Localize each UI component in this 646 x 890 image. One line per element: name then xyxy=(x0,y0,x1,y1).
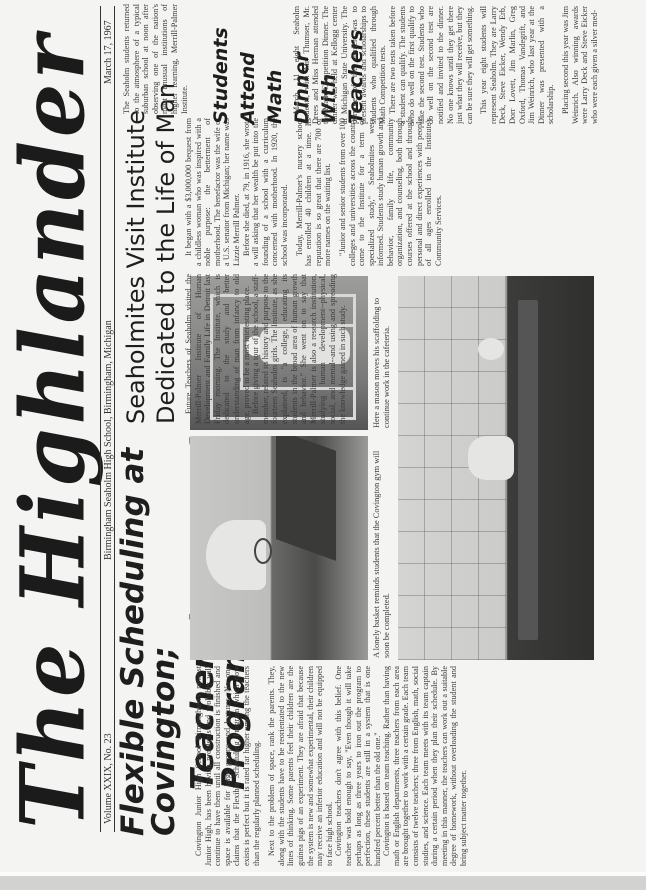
seaholm-article-column-1: Future Teachers of Seaholm visited the M… xyxy=(184,274,394,424)
article-paragraph: Future Teachers of Seaholm visited the M… xyxy=(184,274,251,424)
page-edge-shadow xyxy=(0,876,646,890)
headline-line-1: Students Attend xyxy=(208,4,262,124)
cafeteria-photo xyxy=(398,276,594,660)
article-paragraph: Today, Merrill-Palmer's nursery school h… xyxy=(295,118,333,266)
volume-issue: Volume XXIX, No. 23 xyxy=(103,733,114,824)
newspaper-title: The Highlander xyxy=(6,20,101,840)
basket-photo xyxy=(190,436,368,660)
headline-line-1: Flexible Scheduling at Covington; xyxy=(115,448,182,836)
article-paragraph: "Junior and senior students from over 10… xyxy=(338,118,444,266)
table-row-shape xyxy=(518,300,538,640)
person-figure xyxy=(478,338,504,360)
article-paragraph: It began with a $3,000,000 bequest from … xyxy=(184,118,242,266)
article-paragraph: This year eight students will represent … xyxy=(479,6,556,124)
article-paragraph: Before she died, at 79, in 1916, she wro… xyxy=(242,118,290,266)
article-paragraph: Covington teachers don't agree with this… xyxy=(334,666,382,866)
bleacher-shape xyxy=(276,436,336,561)
issue-date: March 17, 1967 xyxy=(103,20,114,84)
newspaper-page: The Highlander Volume XXIX, No. 23 Birmi… xyxy=(0,0,646,890)
school-location: Birmingham Seaholm High School, Birmingh… xyxy=(103,320,114,560)
hoop-shape xyxy=(254,538,272,564)
headline-line-1: Seaholmites Visit Institute xyxy=(122,110,150,424)
seaholm-article-column-2: It began with a $3,000,000 bequest from … xyxy=(184,118,584,266)
article-paragraph: Placing second this year was Jim Weinric… xyxy=(561,6,599,124)
masthead: The Highlander Volume XXIX, No. 23 Birmi… xyxy=(8,20,108,860)
article-paragraph: The Seaholm students returned to the atm… xyxy=(122,4,189,114)
article-paragraph: There are two tests taken before a stude… xyxy=(388,6,474,124)
seaholm-article-column-3: The Seaholm students returned to the atm… xyxy=(122,4,212,114)
person-figure xyxy=(468,436,514,480)
article-paragraph: Before giving a tour of the school, a st… xyxy=(251,274,347,424)
article-paragraph: Covington is based on team teaching. Rat… xyxy=(382,666,468,866)
article-paragraph: Covington Junior High School Birmingham'… xyxy=(194,666,261,866)
masthead-rule-top xyxy=(100,6,101,832)
page-edge xyxy=(0,872,646,876)
article-paragraph: Next to the problem of space, rank the p… xyxy=(267,666,334,866)
basket-photo-caption: A lonely basket reminds students that th… xyxy=(372,438,391,658)
math-dinner-article-body: March 11 eight Seaholm students, with Mr… xyxy=(292,6,632,124)
flexible-scheduling-article-body: Covington Junior High School Birmingham'… xyxy=(194,666,614,866)
article-paragraph: March 11 eight Seaholm students, with Mr… xyxy=(292,6,388,124)
